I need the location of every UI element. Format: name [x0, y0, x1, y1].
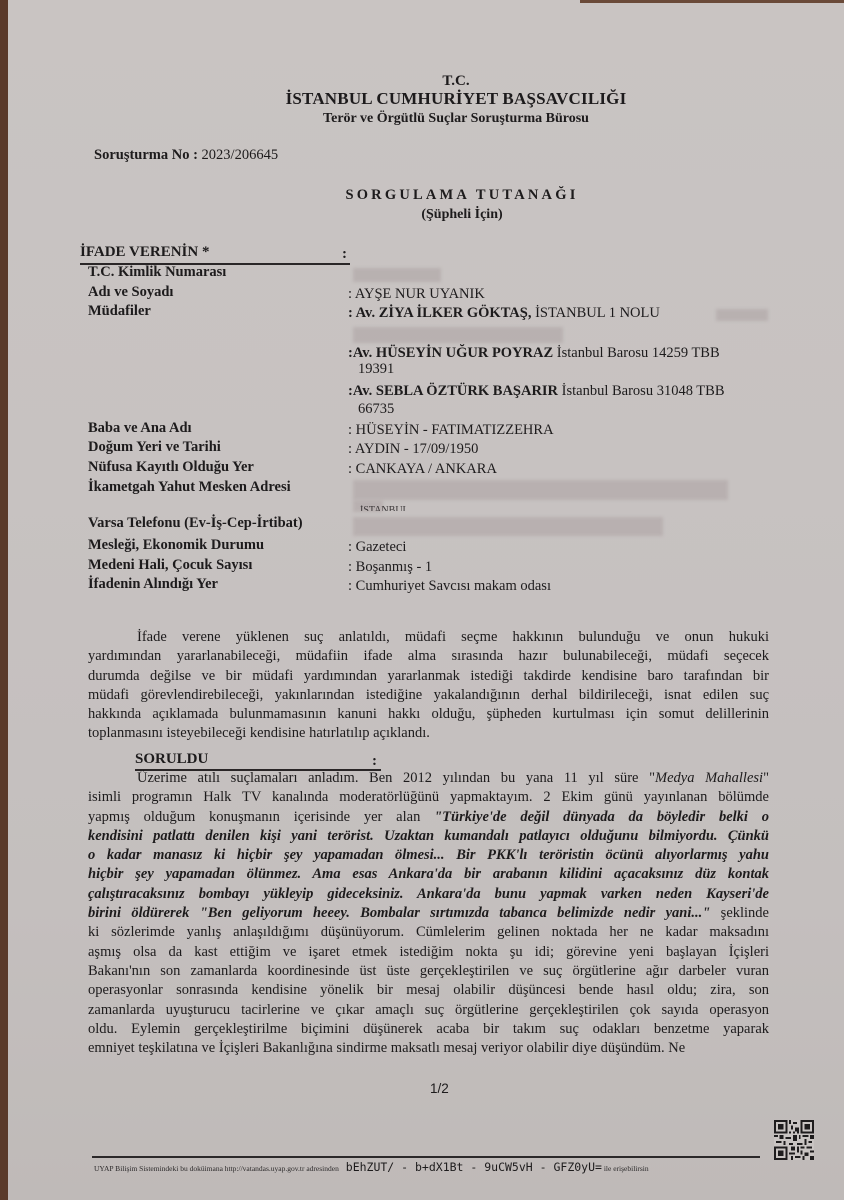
field-value-occupation: : Gazeteci: [348, 539, 406, 556]
field-value-parents: : HÜSEYİN - FATIMATIZZEHRA: [348, 422, 554, 439]
statement-segment: şeklinde: [710, 905, 769, 921]
field-value-lawyer-2-cont: 19391: [358, 361, 394, 378]
statement-line: çalıştıracaksınız bombayı yükleyip gidec…: [88, 885, 769, 904]
rights-line: İfade verene yüklenen suç anlatıldı, müd…: [88, 628, 769, 647]
field-value-lawyer-2: :Av. HÜSEYİN UĞUR POYRAZ İstanbul Barosu…: [348, 345, 720, 362]
statement-line: hiçbir şey yapamadan ölünmez. Ama esas A…: [88, 865, 769, 884]
photo-background-edge: [580, 0, 844, 3]
statement-line: operasyonlar sonrasında kendisine yöneli…: [88, 981, 769, 1000]
statement-segment: emniyet teşkilatına ve İçişleri Bakanlığ…: [88, 1040, 685, 1056]
statement-segment: birini öldürerek "Ben geliyorum heeey. B…: [88, 905, 710, 921]
header-tc: T.C.: [38, 73, 844, 90]
redacted-address: [353, 480, 728, 500]
statement-segment: zamanlarda uyuşturucu tacirlerine ve çık…: [88, 1002, 769, 1018]
field-label-birth: Doğum Yeri ve Tarihi: [88, 439, 221, 456]
statement-segment: ": [763, 770, 769, 786]
redacted-phone: [353, 517, 663, 536]
statement-line: aşmış olsa da kast ettiğim ve işaret etm…: [88, 943, 769, 962]
field-label-address: İkametgah Yahut Mesken Adresi: [88, 479, 291, 496]
statement-segment: çalıştıracaksınız bombayı yükleyip gidec…: [88, 886, 769, 902]
field-label-marital: Medeni Hali, Çocuk Sayısı: [88, 557, 252, 574]
statement-line: yapmış olduğum konuşmanın içerisinde yer…: [88, 808, 769, 827]
footer-verification-code: bEhZUT/ - b+dX1Bt - 9uCW5vH - GFZ0yU=: [339, 1160, 602, 1174]
statement-line: Üzerime atılı suçlamaları anladım. Ben 2…: [88, 769, 769, 788]
rights-line: toplanmasını isteyebileceği kendisine ha…: [88, 724, 769, 743]
header-bureau: Terör ve Örgütlü Suçlar Soruşturma Büros…: [38, 111, 844, 127]
field-value-lawyer-3: :Av. SEBLA ÖZTÜRK BAŞARIR İstanbul Baros…: [348, 383, 725, 400]
statement-line: oldu. Eylemin gerçekleştirilme biçimini …: [88, 1020, 769, 1039]
field-label-phone: Varsa Telefonu (Ev-İş-Cep-İrtibat): [88, 515, 303, 532]
case-number-label: Soruşturma No :: [94, 147, 198, 163]
statement-segment: kendisini patlattı denilen kişi yani ter…: [88, 828, 769, 844]
statement-segment: operasyonlar sonrasında kendisine yöneli…: [88, 982, 769, 998]
section-questioned-heading: SORULDU: [135, 751, 208, 768]
statement-segment: oldu. Eylemin gerçekleştirilme biçimini …: [88, 1021, 769, 1037]
statement-line: birini öldürerek "Ben geliyorum heeey. B…: [88, 904, 769, 923]
case-number: Soruşturma No : 2023/206645: [94, 147, 278, 164]
header-institution: İSTANBUL CUMHURİYET BAŞSAVCILIĞI: [38, 89, 844, 109]
statement-segment: "Türkiye'de değil dünyada da böyledir be…: [434, 809, 769, 825]
footer-rule: [92, 1156, 760, 1158]
footer-verification: UYAP Bilişim Sistemindeki bu doküimana h…: [94, 1160, 649, 1174]
field-label-statement-place: İfadenin Alındığı Yer: [88, 576, 218, 593]
field-value-lawyer-3-cont: 66735: [358, 401, 394, 418]
qr-code-icon[interactable]: [774, 1120, 814, 1160]
case-number-value: 2023/206645: [198, 147, 278, 163]
field-value-birth: : AYDIN - 17/09/1950: [348, 441, 478, 458]
document-title: SORGULAMA TUTANAĞI: [44, 187, 844, 204]
statement-segment: isimli programın Halk TV kanalında moder…: [88, 789, 769, 805]
statement-segment: Üzerime atılı suçlamaları anladım. Ben 2…: [137, 770, 655, 786]
statement-line: ki sözlerimde yanlış anlaşıldığımı düşün…: [88, 923, 769, 942]
field-value-marital: : Boşanmış - 1: [348, 559, 432, 576]
field-value-registry: : CANKAYA / ANKARA: [348, 461, 497, 478]
statement-line: isimli programın Halk TV kanalında moder…: [88, 788, 769, 807]
field-label-tc-id: T.C. Kimlik Numarası: [88, 264, 226, 281]
section-identity-colon: :: [342, 246, 347, 263]
rights-paragraph: İfade verene yüklenen suç anlatıldı, müd…: [88, 628, 769, 744]
statement-line: zamanlarda uyuşturucu tacirlerine ve çık…: [88, 1001, 769, 1020]
footer-prefix: UYAP Bilişim Sistemindeki bu doküimana h…: [94, 1164, 339, 1173]
statement-segment: aşmış olsa da kast ettiğim ve işaret etm…: [88, 944, 769, 960]
statement-line: o kadar manasız ki hiçbir şey yapamadan …: [88, 846, 769, 865]
statement-line: emniyet teşkilatına ve İçişleri Bakanlığ…: [88, 1039, 769, 1058]
rights-line: yardımından yararlanabileceği, müdafiin …: [88, 647, 769, 666]
field-label-lawyers: Müdafiler: [88, 303, 151, 320]
field-label-registry: Nüfusa Kayıtlı Olduğu Yer: [88, 459, 254, 476]
field-label-name: Adı ve Soyadı: [88, 284, 173, 301]
document-page: T.C. İSTANBUL CUMHURİYET BAŞSAVCILIĞI Te…: [8, 0, 844, 1200]
statement-segment: Medya Mahallesi: [655, 770, 763, 786]
rights-line: müdafi görevlendirebileceği, yakınlarınd…: [88, 686, 769, 705]
field-value-name: : AYŞE NUR UYANIK: [348, 286, 485, 303]
rights-line: durumda değilse ve bir müdafi yardımında…: [88, 667, 769, 686]
section-identity-heading: İFADE VERENİN *: [80, 244, 209, 261]
field-value-address-city: İSTANBUL: [360, 505, 409, 511]
statement-segment: o kadar manasız ki hiçbir şey yapamadan …: [88, 847, 769, 863]
field-value-lawyer-1: : Av. ZİYA İLKER GÖKTAŞ, İSTANBUL 1 NOLU: [348, 305, 660, 322]
statement-paragraph: Üzerime atılı suçlamaları anladım. Ben 2…: [88, 769, 769, 1058]
field-value-statement-place: : Cumhuriyet Savcısı makam odası: [348, 578, 551, 595]
statement-segment: ki sözlerimde yanlış anlaşıldığımı düşün…: [88, 924, 769, 940]
statement-segment: hiçbir şey yapamadan ölünmez. Ama esas A…: [88, 866, 769, 882]
redacted-tc-id: [353, 268, 441, 282]
section-questioned-colon: :: [372, 753, 377, 770]
redacted-lawyer-1-address: [353, 327, 563, 343]
field-label-parents: Baba ve Ana Adı: [88, 420, 192, 437]
statement-segment: yapmış olduğum konuşmanın içerisinde yer…: [88, 809, 434, 825]
field-label-occupation: Mesleği, Ekonomik Durumu: [88, 537, 264, 554]
statement-line: kendisini patlattı denilen kişi yani ter…: [88, 827, 769, 846]
redacted-lawyer-1-bar: [716, 309, 768, 321]
page-number: 1/2: [430, 1081, 449, 1096]
statement-line: Bakanı'nın son zamanlarda koordinesinde …: [88, 962, 769, 981]
statement-segment: Bakanı'nın son zamanlarda koordinesinde …: [88, 963, 769, 979]
rights-line: hakkında açıklamada bulunmamasının kanun…: [88, 705, 769, 724]
document-subtitle: (Şüpheli İçin): [44, 207, 844, 223]
footer-suffix: ile erişebilirsin: [602, 1164, 649, 1173]
